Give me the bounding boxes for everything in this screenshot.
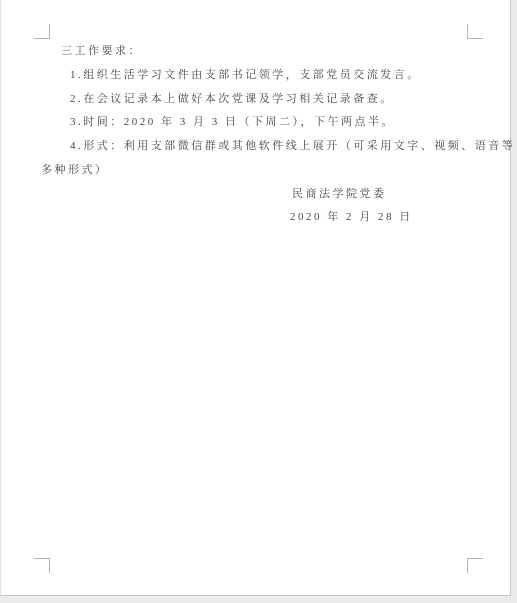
margin-crop-mark-top-left xyxy=(34,24,50,39)
requirement-item-2: 2.在会议记录本上做好本次党课及学习相关记录备查。 xyxy=(70,93,394,106)
requirement-item-3-time: 3.时间：2020 年 3 月 3 日（下周二），下午两点半。 xyxy=(70,116,395,129)
section-heading: 三工作要求： xyxy=(61,45,142,58)
requirement-item-4-format-line-2: 多种形式） xyxy=(41,164,109,177)
requirement-item-4-format-line-1: 4.形式：利用支部微信群或其他软件线上展开（可采用文字、视频、语音等 xyxy=(70,140,515,153)
issue-date: 2020 年 2 月 28 日 xyxy=(290,211,413,224)
margin-crop-mark-bottom-right xyxy=(467,558,483,573)
margin-crop-mark-bottom-left xyxy=(34,558,50,573)
requirement-item-1: 1.组织生活学习文件由支部书记领学，支部党员交流发言。 xyxy=(70,69,421,82)
document-page: 三工作要求： 1.组织生活学习文件由支部书记领学，支部党员交流发言。 2.在会议… xyxy=(0,0,511,596)
issuer-signature: 民商法学院党委 xyxy=(292,188,387,201)
margin-crop-mark-top-right xyxy=(467,24,483,39)
